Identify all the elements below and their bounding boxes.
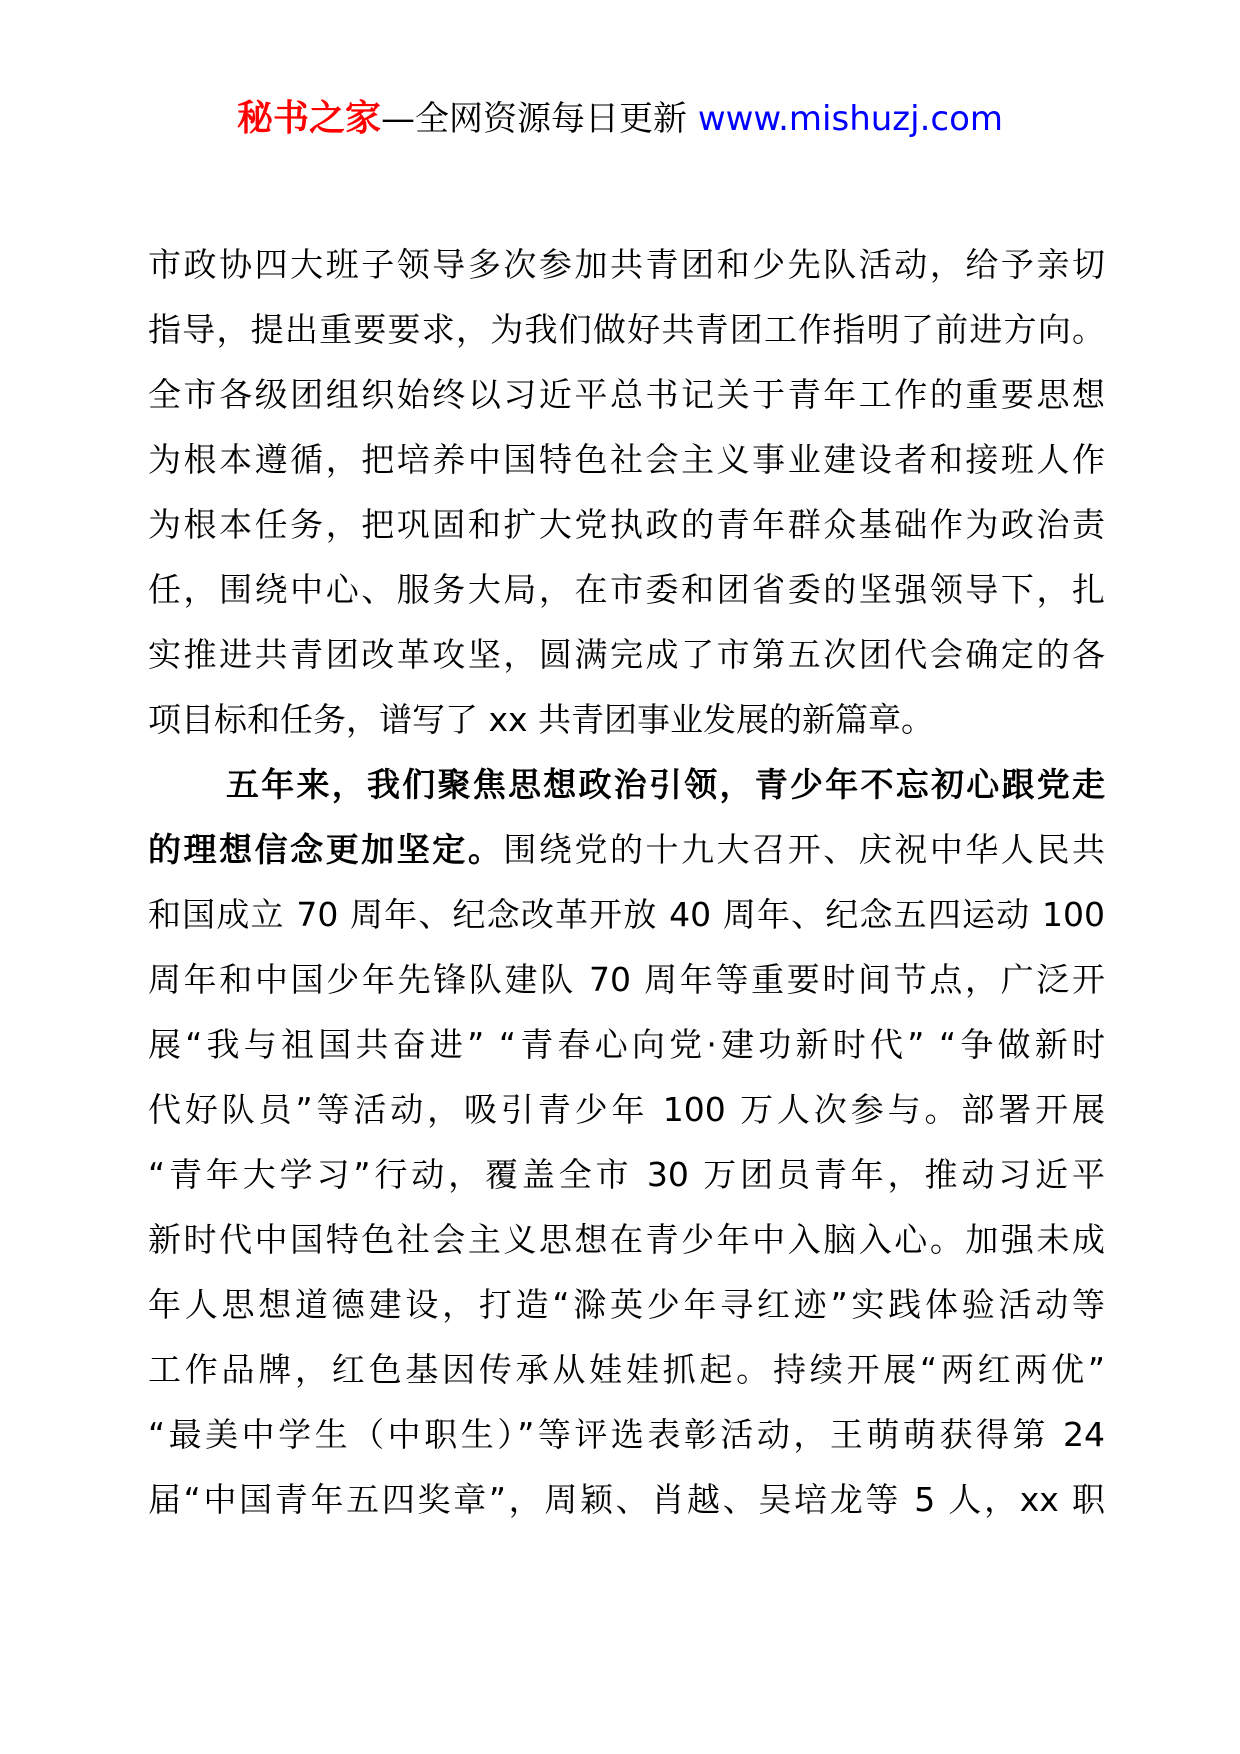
text-line: 展“我与祖国共奋进” “青春心向党·建功新时代” “争做新时	[148, 1012, 1105, 1077]
text-segment: 全市各级团组织始终以习近平总书记关于青年工作的重要思想	[148, 375, 1105, 414]
text-segment: 周年和中国少年先锋队建队 70 周年等重要时间节点，广泛开	[148, 960, 1105, 999]
text-line: 届“中国青年五四奖章”，周颖、肖越、吴培龙等 5 人，xx 职	[148, 1467, 1105, 1532]
paragraph-2: 五年来，我们聚焦思想政治引领，青少年不忘初心跟党走的理想信念更加坚定。围绕党的十…	[148, 752, 1105, 1532]
text-segment: 和国成立 70 周年、纪念改革开放 40 周年、纪念五四运动 100	[148, 895, 1105, 934]
site-header: 秘书之家—全网资源每日更新 www.mishuzj.com	[0, 0, 1240, 140]
text-line: 为根本任务，把巩固和扩大党执政的青年群众基础作为政治责	[148, 492, 1105, 557]
text-line: 为根本遵循，把培养中国特色社会主义事业建设者和接班人作	[148, 427, 1105, 492]
text-segment: 展“我与祖国共奋进” “青春心向党·建功新时代” “争做新时	[148, 1025, 1105, 1064]
text-line: 工作品牌，红色基因传承从娃娃抓起。持续开展“两红两优”	[148, 1337, 1105, 1402]
text-segment: “最美中学生（中职生）”等评选表彰活动，王萌萌获得第 24	[148, 1415, 1105, 1454]
text-segment: 工作品牌，红色基因传承从娃娃抓起。持续开展“两红两优”	[148, 1350, 1105, 1389]
document-page: 秘书之家—全网资源每日更新 www.mishuzj.com 市政协四大班子领导多…	[0, 0, 1240, 1754]
text-line: 代好队员”等活动，吸引青少年 100 万人次参与。部署开展	[148, 1077, 1105, 1142]
text-line: 周年和中国少年先锋队建队 70 周年等重要时间节点，广泛开	[148, 947, 1105, 1012]
text-line: “最美中学生（中职生）”等评选表彰活动，王萌萌获得第 24	[148, 1402, 1105, 1467]
text-segment: 项目标和任务，谱写了 xx 共青团事业发展的新篇章。	[148, 700, 934, 739]
text-segment: 新时代中国特色社会主义思想在青少年中入脑入心。加强未成	[148, 1220, 1105, 1259]
text-line: 指导，提出重要要求，为我们做好共青团工作指明了前进方向。	[148, 297, 1105, 362]
text-line: 全市各级团组织始终以习近平总书记关于青年工作的重要思想	[148, 362, 1105, 427]
text-segment: 指导，提出重要要求，为我们做好共青团工作指明了前进方向。	[148, 310, 1105, 349]
bold-text-segment: 五年来，我们聚焦思想政治引领，青少年不忘初心跟党走	[226, 765, 1105, 804]
bold-text-segment: 的理想信念更加坚定。	[148, 830, 503, 869]
text-line: 新时代中国特色社会主义思想在青少年中入脑入心。加强未成	[148, 1207, 1105, 1272]
text-segment: 代好队员”等活动，吸引青少年 100 万人次参与。部署开展	[148, 1090, 1105, 1129]
text-line: 五年来，我们聚焦思想政治引领，青少年不忘初心跟党走	[148, 752, 1105, 817]
text-segment: 任，围绕中心、服务大局，在市委和团省委的坚强领导下，扎	[148, 570, 1105, 609]
site-name: 秘书之家	[237, 98, 381, 139]
paragraph-1: 市政协四大班子领导多次参加共青团和少先队活动，给予亲切指导，提出重要要求，为我们…	[148, 232, 1105, 752]
text-segment: 届“中国青年五四奖章”，周颖、肖越、吴培龙等 5 人，xx 职	[148, 1480, 1105, 1519]
text-line: “青年大学习”行动，覆盖全市 30 万团员青年，推动习近平	[148, 1142, 1105, 1207]
text-line: 市政协四大班子领导多次参加共青团和少先队活动，给予亲切	[148, 232, 1105, 297]
site-tagline: —全网资源每日更新	[381, 99, 698, 139]
text-line: 实推进共青团改革攻坚，圆满完成了市第五次团代会确定的各	[148, 622, 1105, 687]
text-segment: 实推进共青团改革攻坚，圆满完成了市第五次团代会确定的各	[148, 635, 1105, 674]
text-segment: 市政协四大班子领导多次参加共青团和少先队活动，给予亲切	[148, 245, 1105, 284]
text-line: 和国成立 70 周年、纪念改革开放 40 周年、纪念五四运动 100	[148, 882, 1105, 947]
text-line: 任，围绕中心、服务大局，在市委和团省委的坚强领导下，扎	[148, 557, 1105, 622]
text-segment: 围绕党的十九大召开、庆祝中华人民共	[503, 830, 1105, 869]
document-body: 市政协四大班子领导多次参加共青团和少先队活动，给予亲切指导，提出重要要求，为我们…	[148, 232, 1105, 1532]
text-segment: 为根本任务，把巩固和扩大党执政的青年群众基础作为政治责	[148, 505, 1105, 544]
text-line: 年人思想道德建设，打造“滁英少年寻红迹”实践体验活动等	[148, 1272, 1105, 1337]
text-segment: 年人思想道德建设，打造“滁英少年寻红迹”实践体验活动等	[148, 1285, 1105, 1324]
text-segment: “青年大学习”行动，覆盖全市 30 万团员青年，推动习近平	[148, 1155, 1105, 1194]
site-url-link[interactable]: www.mishuzj.com	[698, 99, 1003, 139]
text-segment: 为根本遵循，把培养中国特色社会主义事业建设者和接班人作	[148, 440, 1105, 479]
text-line: 的理想信念更加坚定。围绕党的十九大召开、庆祝中华人民共	[148, 817, 1105, 882]
text-line: 项目标和任务，谱写了 xx 共青团事业发展的新篇章。	[148, 687, 1105, 752]
